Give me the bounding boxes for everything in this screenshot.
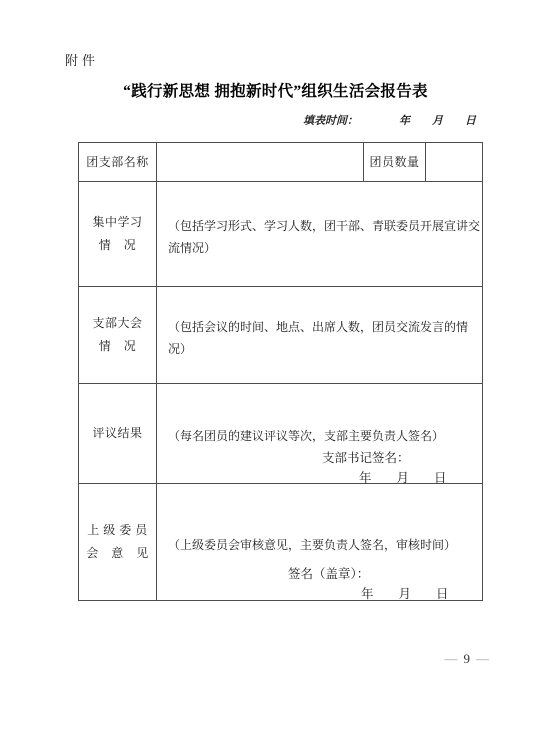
higher-committee-date-placeholders: 年 月 日 [361, 584, 449, 606]
branch-secretary-signature-label: 支部书记签名： [322, 448, 410, 470]
higher-committee-opinion-row: 上 级 委 员 会 意 见 （上级委员会审核意见，主要负责人签名，审核时间） 签… [79, 484, 483, 601]
seal-signature-label: 签名（盖章）： [288, 564, 369, 586]
higher-committee-label-line2: 会 意 见 [79, 542, 156, 565]
review-result-content-cell[interactable]: （每名团员的建议评议等次，支部主要负责人签名） 支部书记签名： 年 月 日 [157, 384, 483, 484]
review-result-label: 评议结果 [79, 384, 157, 484]
page-number-dash-left: — [445, 651, 458, 666]
page-title: “践行新思想 拥抱新时代”组织生活会报告表 [0, 79, 551, 101]
attachment-label: 附件 [65, 50, 99, 69]
report-form-table: 团支部名称 团员数量 集中学习 情 况 （包括学习形式、学习人数，团干部、青联委… [78, 142, 483, 601]
member-count-label: 团员数量 [364, 143, 426, 182]
branch-meeting-row: 支部大会 情 况 （包括会议的时间、地点、出席人数，团员交流发言的情况） [79, 287, 483, 384]
branch-meeting-label-line1: 支部大会 [79, 312, 156, 335]
document-page: 附件 “践行新思想 拥抱新时代”组织生活会报告表 填表时间：年 月 日 团支部名… [0, 0, 551, 734]
page-number: —9— [445, 651, 490, 667]
fill-time-line: 填表时间：年 月 日 [303, 112, 476, 128]
page-number-value: 9 [464, 651, 471, 666]
review-result-row: 评议结果 （每名团员的建议评议等次，支部主要负责人签名） 支部书记签名： 年 月… [79, 384, 483, 484]
fill-time-label: 填表时间： [303, 115, 358, 127]
higher-committee-label-line1: 上 级 委 员 [79, 519, 156, 542]
centralized-study-row: 集中学习 情 况 （包括学习形式、学习人数，团干部、青联委员开展宣讲交流情况） [79, 182, 483, 287]
page-number-dash-right: — [476, 651, 489, 666]
higher-committee-content-cell[interactable]: （上级委员会审核意见，主要负责人签名，审核时间） 签名（盖章）： 年 月 日 [157, 484, 483, 601]
review-result-note: （每名团员的建议评议等次，支部主要负责人签名） [168, 426, 480, 448]
branch-meeting-content-cell[interactable]: （包括会议的时间、地点、出席人数，团员交流发言的情况） [157, 287, 483, 384]
centralized-study-content-cell[interactable]: （包括学习形式、学习人数，团干部、青联委员开展宣讲交流情况） [157, 182, 483, 287]
branch-name-label: 团支部名称 [79, 143, 157, 182]
header-row: 团支部名称 团员数量 [79, 143, 483, 182]
branch-meeting-note: （包括会议的时间、地点、出席人数，团员交流发言的情况） [168, 317, 480, 360]
centralized-study-label-line2: 情 况 [79, 234, 156, 257]
higher-committee-note: （上级委员会审核意见，主要负责人签名，审核时间） [168, 535, 480, 557]
centralized-study-note: （包括学习形式、学习人数，团干部、青联委员开展宣讲交流情况） [168, 216, 480, 259]
branch-meeting-label-line2: 情 况 [79, 335, 156, 358]
fill-time-date-placeholders: 年 月 日 [399, 115, 476, 127]
centralized-study-label: 集中学习 情 况 [79, 182, 157, 287]
member-count-value-cell[interactable] [426, 143, 483, 182]
centralized-study-label-line1: 集中学习 [79, 211, 156, 234]
review-result-label-line1: 评议结果 [79, 422, 156, 445]
branch-meeting-label: 支部大会 情 况 [79, 287, 157, 384]
branch-name-value-cell[interactable] [157, 143, 364, 182]
higher-committee-opinion-label: 上 级 委 员 会 意 见 [79, 484, 157, 601]
